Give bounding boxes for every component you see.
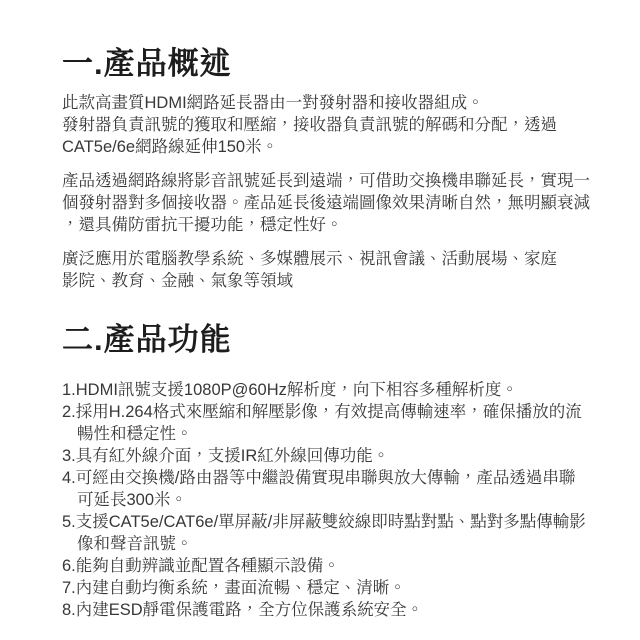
overview-paragraph-3: 廣泛應用於電腦教學系統、多媒體展示、視訊會議、活動展場、家庭 影院、教育、金融、… (62, 248, 604, 292)
document-page: 一.產品概述 此款高畫質HDMI網路延長器由一對發射器和接收器組成。 發射器負責… (0, 0, 640, 640)
overview-paragraph-1: 此款高畫質HDMI網路延長器由一對發射器和接收器組成。 發射器負責訊號的獲取和壓… (62, 92, 604, 158)
feature-list: 1.HDMI訊號支援1080P@60Hz解析度，向下相容多種解析度。 2.採用H… (62, 379, 604, 621)
feature-item-5: 5.支援CAT5e/CAT6e/單屏蔽/非屏蔽雙絞線即時點對點、點對多點傳輸影 … (62, 511, 604, 555)
overview-paragraph-2: 產品透過網路線將影音訊號延長到遠端，可借助交換機串聯延長，實現一 個發射器對多個… (62, 170, 604, 236)
feature-item-2: 2.採用H.264格式來壓縮和解壓影像，有效提高傳輸速率，確保播放的流 暢性和穩… (62, 401, 604, 445)
features-heading: 二.產品功能 (62, 322, 604, 358)
feature-item-3: 3.具有紅外線介面，支援IR紅外線回傳功能。 (62, 445, 604, 467)
feature-item-1: 1.HDMI訊號支援1080P@60Hz解析度，向下相容多種解析度。 (62, 379, 604, 401)
section-product-overview: 一.產品概述 此款高畫質HDMI網路延長器由一對發射器和接收器組成。 發射器負責… (62, 46, 604, 292)
overview-heading: 一.產品概述 (62, 46, 604, 82)
section-product-features: 二.產品功能 1.HDMI訊號支援1080P@60Hz解析度，向下相容多種解析度… (62, 322, 604, 621)
feature-item-7: 7.內建自動均衡系統，畫面流暢、穩定、清晰。 (62, 577, 604, 599)
feature-item-8: 8.內建ESD靜電保護電路，全方位保護系統安全。 (62, 599, 604, 621)
feature-item-4: 4.可經由交換機/路由器等中繼設備實現串聯與放大傳輸，產品透過串聯 可延長300… (62, 467, 604, 511)
feature-item-6: 6.能夠自動辨識並配置各種顯示設備。 (62, 555, 604, 577)
